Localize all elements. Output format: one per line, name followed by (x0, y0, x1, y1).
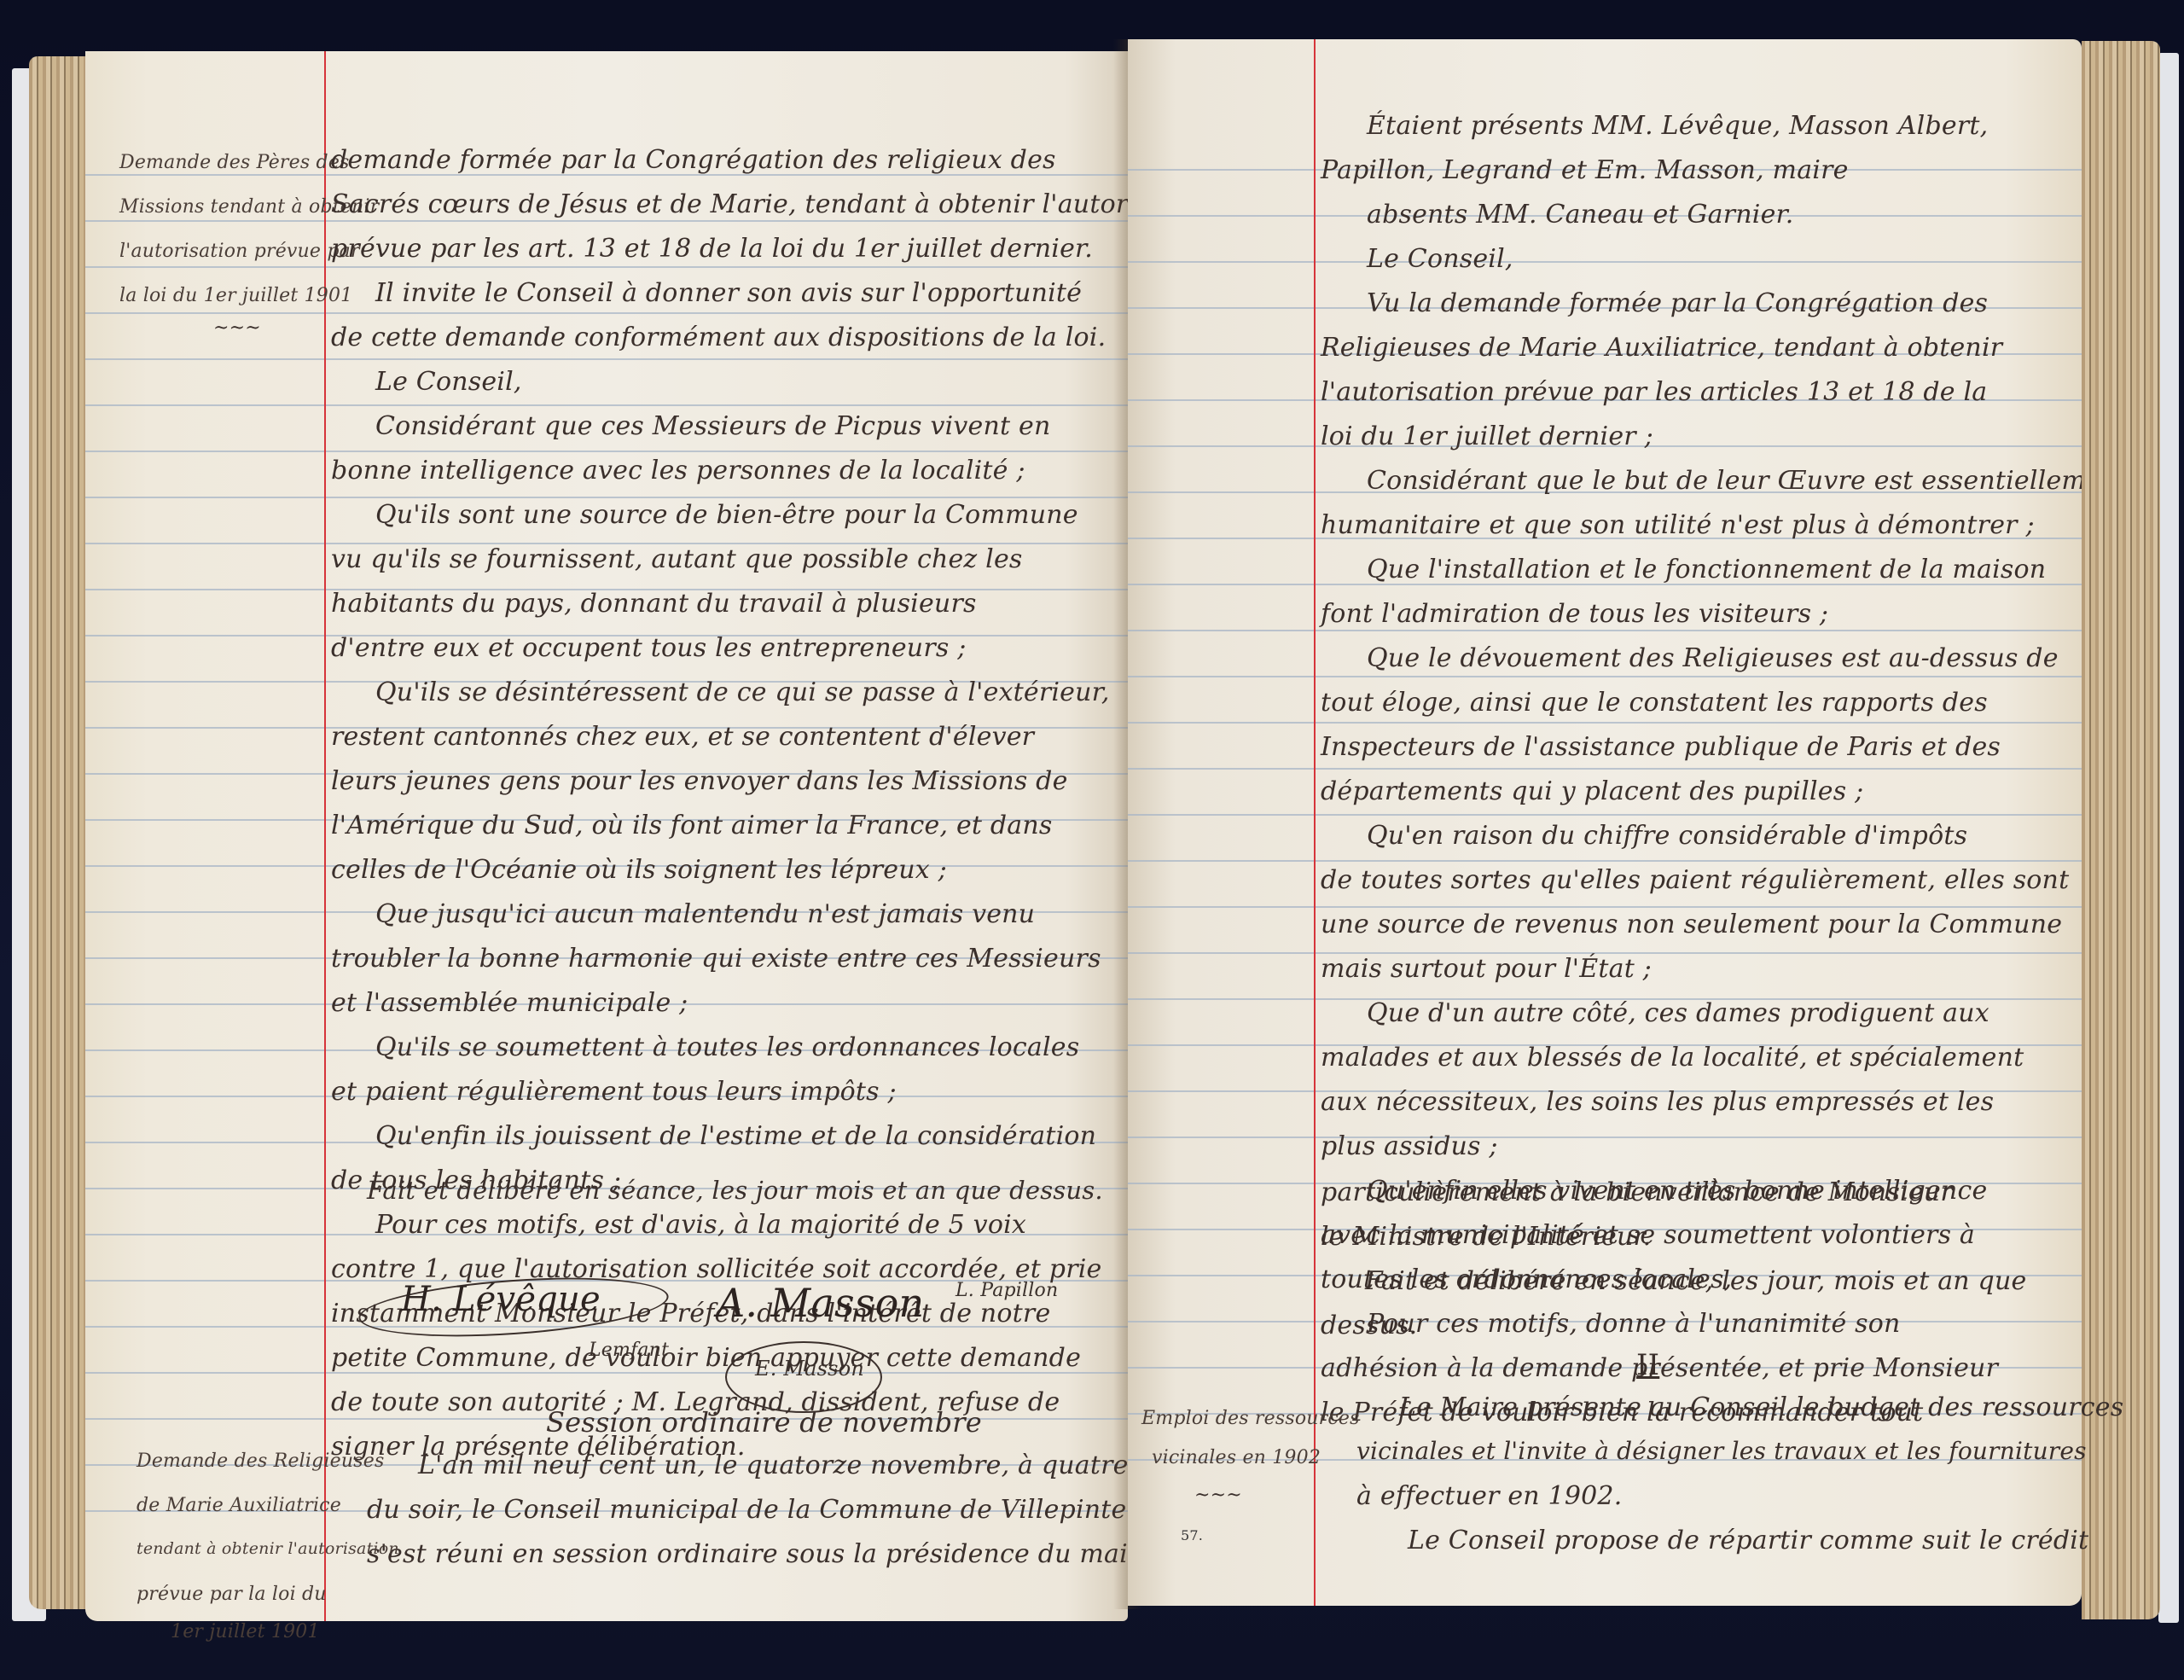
session-text-line: du soir, le Conseil municipal de la Comm… (367, 1495, 1126, 1525)
text-line: demande formée par la Congrégation des r… (331, 145, 1056, 175)
text-line: Qu'enfin ils jouissent de l'estime et de… (375, 1121, 1096, 1151)
right-page: Étaient présents MM. Lévêque, Masson Alb… (1128, 39, 2082, 1606)
text-line: Étaient présents MM. Lévêque, Masson Alb… (1367, 111, 1988, 141)
text-line: de toutes sortes qu'elles paient réguliè… (1321, 865, 2069, 895)
text-line: Vu la demande formée par la Congrégation… (1367, 288, 1988, 318)
page-edges-right (2082, 41, 2160, 1619)
text-line: et paient régulièrement tous leurs impôt… (331, 1077, 897, 1107)
text-line: Qu'ils sont une source de bien-être pour… (375, 500, 1078, 530)
text-line: tout éloge, ainsi que le constatent les … (1321, 688, 1988, 718)
flourish-mark: ~~~ (213, 317, 261, 339)
text-line: petite Commune, de vouloir bien appuyer … (331, 1343, 1081, 1373)
text-line: d'entre eux et occupent tous les entrepr… (331, 633, 967, 663)
text-line: Qu'ils se désintéressent de ce qui se pa… (375, 677, 1110, 707)
section-text-line: Le Conseil propose de répartir comme sui… (1408, 1526, 2088, 1555)
text-line: particulièrement à la bienveillance de M… (1321, 1177, 1953, 1207)
text-line: une source de revenus non seulement pour… (1321, 910, 2062, 939)
section-text-line: à effectuer en 1902. (1356, 1481, 1622, 1511)
text-line: plus assidus ; (1321, 1131, 1498, 1161)
text-line: aux nécessiteux, les soins les plus empr… (1321, 1087, 1994, 1117)
flourish-mark: ~~~ (1194, 1485, 1242, 1506)
text-line: Fait et délibéré en séance, les jour, mo… (1365, 1266, 2026, 1296)
text-line: l'Amérique du Sud, où ils font aimer la … (331, 811, 1053, 840)
section-number: II (1636, 1348, 1659, 1382)
margin-note-line: l'autorisation prévue par (119, 241, 360, 262)
red-margin-rule (1314, 39, 1316, 1606)
text-line: l'autorisation prévue par les articles 1… (1321, 377, 1987, 407)
session-heading: Session ordinaire de novembre (546, 1406, 982, 1439)
text-line: Il invite le Conseil à donner son avis s… (375, 278, 1082, 308)
closing-formula-left: Fait et délibéré en séance, les jour moi… (367, 1176, 1103, 1205)
section-text-line: vicinales et l'invite à désigner les tra… (1356, 1437, 2087, 1465)
book-cover-right (2158, 53, 2179, 1623)
session-text-line: L'an mil neuf cent un, le quatorze novem… (418, 1450, 1129, 1480)
margin-note-line: de Marie Auxiliatrice (136, 1495, 341, 1516)
text-line: font l'admiration de tous les visiteurs … (1321, 599, 1828, 629)
text-line: restent cantonnés chez eux, et se conten… (331, 722, 1034, 752)
margin-note-line: prévue par la loi du (136, 1584, 327, 1605)
text-line: vu qu'ils se fournissent, autant que pos… (331, 544, 1023, 574)
margin-note-line: Emploi des ressources (1141, 1408, 1360, 1429)
text-line: de cette demande conformément aux dispos… (331, 323, 1106, 352)
section-text-line: Le Maire présente au Conseil le budget d… (1399, 1392, 2123, 1422)
left-page: Demande des Pères des Missions tendant à… (85, 51, 1128, 1621)
text-line: Le Conseil, (1367, 244, 1513, 274)
margin-note-line: Demande des Pères des (119, 152, 350, 173)
text-line: Pour ces motifs, donne à l'unanimité son (1367, 1309, 1901, 1339)
text-line: troubler la bonne harmonie qui existe en… (331, 944, 1101, 974)
text-line: habitants du pays, donnant du travail à … (331, 589, 977, 619)
text-line: et l'assemblée municipale ; (331, 988, 688, 1018)
margin-note-line: vicinales en 1902 (1152, 1447, 1321, 1468)
page-edges-left (29, 56, 90, 1609)
signature: A. Masson (717, 1280, 924, 1326)
text-line: Que le dévouement des Religieuses est au… (1367, 643, 2059, 673)
ruled-lines (1128, 125, 2082, 1503)
signature: L. Papillon (955, 1280, 1058, 1301)
text-line: leurs jeunes gens pour les envoyer dans … (331, 766, 1068, 796)
text-line: Que d'un autre côté, ces dames prodiguen… (1367, 998, 1989, 1028)
text-line: Considérant que ces Messieurs de Picpus … (375, 411, 1051, 441)
text-line: départements qui y placent des pupilles … (1321, 776, 1863, 806)
text-line: absents MM. Caneau et Garnier. (1367, 200, 1794, 230)
margin-note-line: Demande des Religieuses (136, 1450, 384, 1472)
signature: E. Masson (755, 1357, 864, 1381)
text-line: Qu'en raison du chiffre considérable d'i… (1367, 821, 1967, 851)
text-line: Pour ces motifs, est d'avis, à la majori… (375, 1210, 1026, 1240)
text-line: prévue par les art. 13 et 18 de la loi d… (331, 234, 1093, 264)
text-line: humanitaire et que son utilité n'est plu… (1321, 510, 2035, 540)
text-line: Considérant que le but de leur Œuvre est… (1367, 466, 2082, 496)
text-line: Le Conseil, (375, 367, 522, 397)
text-line: loi du 1er juillet dernier ; (1321, 421, 1653, 451)
text-line: Papillon, Legrand et Em. Masson, maire (1321, 155, 1849, 185)
text-line: malades et aux blessés de la localité, e… (1321, 1043, 2024, 1073)
signature: H. Lévêque (401, 1280, 601, 1319)
signature: Lemfant (589, 1340, 669, 1361)
text-line: Inspecteurs de l'assistance publique de … (1321, 732, 2001, 762)
text-line: celles de l'Océanie où ils soignent les … (331, 855, 947, 885)
margin-note-line: la loi du 1er juillet 1901 (119, 285, 352, 306)
text-line: Que l'installation et le fonctionnement … (1367, 555, 2046, 584)
text-line: Que jusqu'ici aucun malentendu n'est jam… (375, 899, 1035, 929)
text-line: le Ministre de l'Intérieur. (1321, 1222, 1652, 1252)
margin-note-line: tendant à obtenir l'autorisation (136, 1539, 399, 1558)
margin-note-line: 1er juillet 1901 (171, 1621, 320, 1642)
text-line: Religieuses de Marie Auxiliatrice, tenda… (1321, 333, 2002, 363)
text-line: bonne intelligence avec les personnes de… (331, 456, 1025, 485)
text-line: Sacrés cœurs de Jésus et de Marie, tenda… (331, 189, 1128, 219)
text-line: dessus. (1321, 1311, 1417, 1340)
text-line: mais surtout pour l'État ; (1321, 954, 1652, 984)
text-line: Qu'ils se soumettent à toutes les ordonn… (375, 1032, 1079, 1062)
page-number: 57. (1181, 1527, 1203, 1543)
session-text-line: s'est réuni en session ordinaire sous la… (367, 1539, 1155, 1569)
